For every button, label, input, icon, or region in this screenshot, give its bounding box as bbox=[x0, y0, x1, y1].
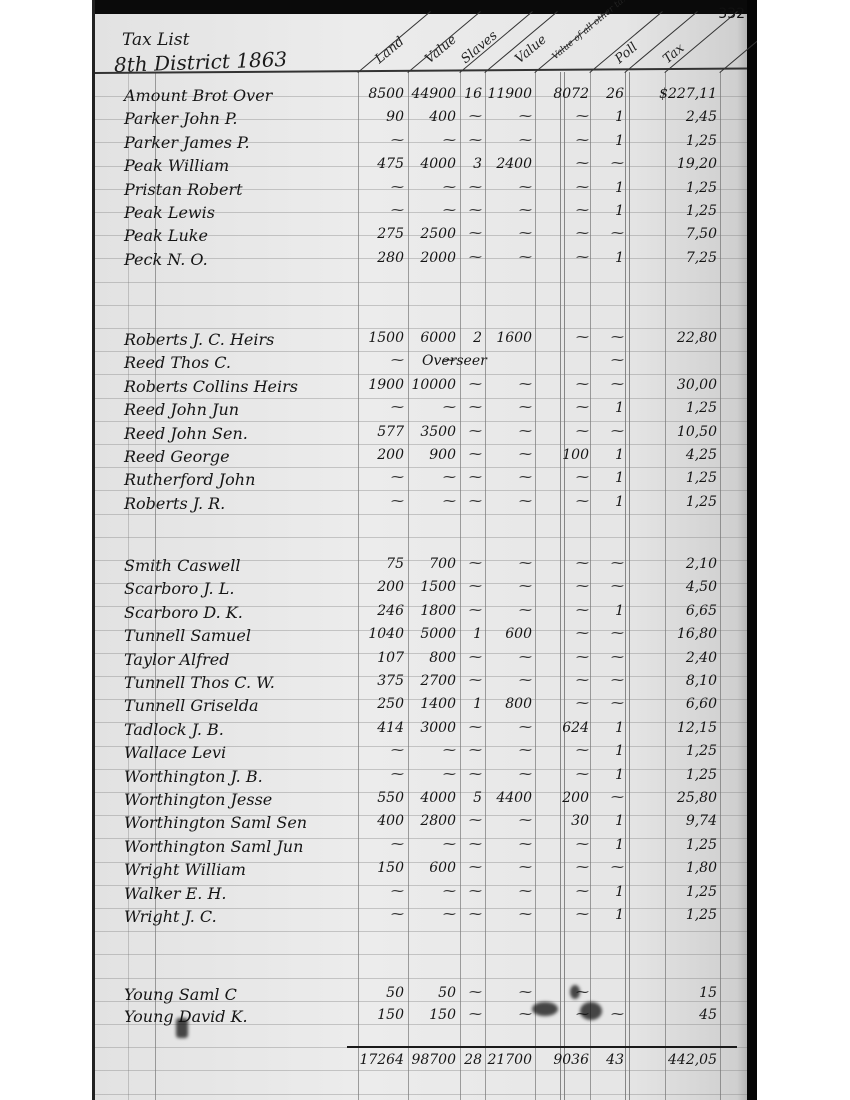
cell-tax: 12,15 bbox=[677, 720, 717, 736]
cell-land-value: 44900 bbox=[411, 86, 456, 102]
ledger-row: Wallace Levi⁓⁓⁓⁓⁓11,25 bbox=[92, 743, 757, 767]
cell-other-value: ⁓ bbox=[576, 743, 589, 758]
row-rule bbox=[95, 1094, 747, 1095]
page-number: 332 bbox=[718, 6, 745, 22]
cell-slave-value: ⁓ bbox=[519, 133, 532, 148]
ledger-row: Parker John P.90400⁓⁓⁓12,45 bbox=[92, 109, 757, 133]
cell-slaves: ⁓ bbox=[469, 813, 482, 828]
cell-other-value: 30 bbox=[571, 813, 589, 829]
cell-slave-value: 2400 bbox=[496, 156, 532, 172]
cell-slaves: ⁓ bbox=[469, 767, 482, 782]
cell-slaves: ⁓ bbox=[469, 133, 482, 148]
totals-rule bbox=[347, 1046, 737, 1048]
ledger-row: Worthington Saml Jun⁓⁓⁓⁓⁓11,25 bbox=[92, 837, 757, 861]
cell-slave-value: 1600 bbox=[496, 330, 532, 346]
cell-land: 107 bbox=[377, 650, 404, 666]
cell-other-value: 624 bbox=[562, 720, 589, 736]
cell-tax: $227,11 bbox=[659, 86, 717, 102]
total-land: 17264 bbox=[359, 1052, 404, 1068]
cell-slave-value: 11900 bbox=[487, 86, 532, 102]
title-tax-list: Tax List bbox=[122, 30, 189, 50]
ledger-row: Peak William475400032400⁓⁓19,20 bbox=[92, 156, 757, 180]
taxpayer-name: Walker E. H. bbox=[124, 884, 227, 903]
cell-slaves: ⁓ bbox=[469, 884, 482, 899]
cell-tax: 6,65 bbox=[686, 603, 717, 619]
cell-land: ⁓ bbox=[391, 133, 404, 148]
cell-land: ⁓ bbox=[391, 837, 404, 852]
cell-slave-value: ⁓ bbox=[519, 907, 532, 922]
cell-other-value: ⁓ bbox=[576, 673, 589, 688]
cell-poll: 1 bbox=[615, 720, 624, 736]
cell-slave-value: ⁓ bbox=[519, 203, 532, 218]
cell-land-value: ⁓ bbox=[443, 884, 456, 899]
total-land-value: 98700 bbox=[411, 1052, 456, 1068]
cell-slaves: ⁓ bbox=[469, 743, 482, 758]
cell-poll: ⁓ bbox=[611, 673, 624, 688]
cell-tax: 7,50 bbox=[686, 226, 717, 242]
column-header: Value bbox=[512, 32, 549, 67]
cell-other-value: ⁓ bbox=[576, 579, 589, 594]
cell-land: ⁓ bbox=[391, 767, 404, 782]
cell-land-value: ⁓ bbox=[443, 400, 456, 415]
cell-slaves: ⁓ bbox=[469, 226, 482, 241]
cell-land: 150 bbox=[377, 1007, 404, 1023]
taxpayer-name: Peak William bbox=[124, 156, 229, 175]
cell-slave-value: ⁓ bbox=[519, 180, 532, 195]
cell-land: 75 bbox=[386, 556, 404, 572]
ledger-row: Walker E. H.⁓⁓⁓⁓⁓11,25 bbox=[92, 884, 757, 908]
cell-other-value: ⁓ bbox=[576, 650, 589, 665]
cell-slaves: 16 bbox=[464, 86, 482, 102]
cell-poll: ⁓ bbox=[611, 1007, 624, 1022]
cell-slaves: ⁓ bbox=[469, 203, 482, 218]
scan-top-border bbox=[92, 0, 757, 14]
cell-land-value: ⁓ bbox=[443, 743, 456, 758]
cell-land-value: 3000 bbox=[420, 720, 456, 736]
cell-land: ⁓ bbox=[391, 400, 404, 415]
ledger-row: Wright William150600⁓⁓⁓⁓1,80 bbox=[92, 860, 757, 884]
cell-tax: 15 bbox=[699, 985, 717, 1001]
cell-tax: 1,25 bbox=[686, 837, 717, 853]
cell-land-value: 400 bbox=[429, 109, 456, 125]
ink-blot bbox=[570, 985, 580, 999]
cell-land-value: 4000 bbox=[420, 156, 456, 172]
cell-slaves: ⁓ bbox=[469, 837, 482, 852]
cell-poll: ⁓ bbox=[611, 226, 624, 241]
cell-slaves: ⁓ bbox=[469, 985, 482, 1000]
cell-slave-value: ⁓ bbox=[519, 767, 532, 782]
cell-land: 280 bbox=[377, 250, 404, 266]
ledger-row: Roberts J. C. Heirs1500600021600⁓⁓22,80 bbox=[92, 330, 757, 354]
cell-tax: 10,50 bbox=[677, 424, 717, 440]
column-header: Tax bbox=[660, 41, 687, 67]
cell-land-value: 10000 bbox=[411, 377, 456, 393]
cell-tax: 4,50 bbox=[686, 579, 717, 595]
cell-slaves: 5 bbox=[473, 790, 482, 806]
cell-other-value: ⁓ bbox=[576, 377, 589, 392]
cell-tax: 1,80 bbox=[686, 860, 717, 876]
cell-land: 8500 bbox=[368, 86, 404, 102]
cell-other-value: ⁓ bbox=[576, 133, 589, 148]
cell-poll: 1 bbox=[615, 133, 624, 149]
cell-slaves: ⁓ bbox=[469, 447, 482, 462]
cell-poll: 1 bbox=[615, 494, 624, 510]
cell-land: ⁓ bbox=[391, 907, 404, 922]
cell-other-value: ⁓ bbox=[576, 837, 589, 852]
taxpayer-name: Wright J. C. bbox=[124, 907, 217, 926]
cell-poll: ⁓ bbox=[611, 330, 624, 345]
cell-other-value: ⁓ bbox=[576, 180, 589, 195]
cell-slaves: Overseer bbox=[422, 353, 487, 369]
cell-poll: 1 bbox=[615, 109, 624, 125]
cell-poll: 1 bbox=[615, 767, 624, 783]
cell-land: 250 bbox=[377, 696, 404, 712]
total-tax: 442,05 bbox=[668, 1052, 717, 1068]
taxpayer-name: Scarboro J. L. bbox=[124, 579, 234, 598]
cell-tax: 4,25 bbox=[686, 447, 717, 463]
cell-slaves: ⁓ bbox=[469, 907, 482, 922]
total-other-value: 9036 bbox=[553, 1052, 589, 1068]
cell-other-value: ⁓ bbox=[576, 626, 589, 641]
cell-land-value: 150 bbox=[429, 1007, 456, 1023]
cell-slave-value: ⁓ bbox=[519, 603, 532, 618]
cell-slave-value: ⁓ bbox=[519, 884, 532, 899]
cell-poll: ⁓ bbox=[611, 650, 624, 665]
cell-land-value: 2700 bbox=[420, 673, 456, 689]
cell-tax: 30,00 bbox=[677, 377, 717, 393]
cell-other-value: 8072 bbox=[553, 86, 589, 102]
cell-slave-value: ⁓ bbox=[519, 424, 532, 439]
ink-blot bbox=[176, 1018, 188, 1038]
column-header: Slaves bbox=[458, 28, 500, 67]
cell-land-value: 5000 bbox=[420, 626, 456, 642]
cell-slave-value: ⁓ bbox=[519, 447, 532, 462]
taxpayer-name: Roberts Collins Heirs bbox=[124, 377, 298, 396]
ledger-row: Smith Caswell75700⁓⁓⁓⁓2,10 bbox=[92, 556, 757, 580]
ledger-row: Amount Brot Over8500449001611900807226$2… bbox=[92, 86, 757, 110]
cell-slaves: ⁓ bbox=[469, 650, 482, 665]
row-rule bbox=[95, 978, 747, 979]
taxpayer-name: Wright William bbox=[124, 860, 246, 879]
ledger-row: Rutherford John⁓⁓⁓⁓⁓11,25 bbox=[92, 470, 757, 494]
cell-slave-value: ⁓ bbox=[519, 813, 532, 828]
cell-slaves: 1 bbox=[473, 626, 482, 642]
cell-land-value: ⁓ bbox=[443, 203, 456, 218]
cell-land-value: 2000 bbox=[420, 250, 456, 266]
cell-tax: 6,60 bbox=[686, 696, 717, 712]
cell-other-value: ⁓ bbox=[576, 156, 589, 171]
cell-poll: 1 bbox=[615, 907, 624, 923]
ledger-row: Worthington Jesse550400054400200⁓25,80 bbox=[92, 790, 757, 814]
cell-land: 1900 bbox=[368, 377, 404, 393]
cell-land: ⁓ bbox=[391, 494, 404, 509]
cell-tax: 1,25 bbox=[686, 494, 717, 510]
cell-land-value: 4000 bbox=[420, 790, 456, 806]
cell-poll: ⁓ bbox=[611, 556, 624, 571]
ink-blot bbox=[532, 1002, 558, 1016]
taxpayer-name: Smith Caswell bbox=[124, 556, 240, 575]
taxpayer-name: Tunnell Samuel bbox=[124, 626, 251, 645]
cell-slave-value: ⁓ bbox=[519, 673, 532, 688]
cell-other-value: ⁓ bbox=[576, 470, 589, 485]
cell-land: ⁓ bbox=[391, 470, 404, 485]
taxpayer-name: Roberts J. C. Heirs bbox=[124, 330, 274, 349]
taxpayer-name: Peak Luke bbox=[124, 226, 208, 245]
ledger-row: Parker James P.⁓⁓⁓⁓⁓11,25 bbox=[92, 133, 757, 157]
cell-poll: 1 bbox=[615, 250, 624, 266]
cell-other-value: ⁓ bbox=[576, 696, 589, 711]
cell-slave-value: ⁓ bbox=[519, 837, 532, 852]
cell-land-value: 3500 bbox=[420, 424, 456, 440]
cell-other-value: ⁓ bbox=[576, 109, 589, 124]
cell-slave-value: ⁓ bbox=[519, 470, 532, 485]
ledger-row: Tunnell Griselda25014001800⁓⁓6,60 bbox=[92, 696, 757, 720]
cell-land-value: 1800 bbox=[420, 603, 456, 619]
totals-line: 17264987002821700903643442,05 bbox=[92, 1052, 757, 1076]
ledger-row: Taylor Alfred107800⁓⁓⁓⁓2,40 bbox=[92, 650, 757, 674]
cell-tax: 9,74 bbox=[686, 813, 717, 829]
cell-other-value: ⁓ bbox=[576, 907, 589, 922]
cell-poll: 1 bbox=[615, 603, 624, 619]
cell-tax: 25,80 bbox=[677, 790, 717, 806]
taxpayer-name: Pristan Robert bbox=[124, 180, 243, 199]
cell-other-value: ⁓ bbox=[576, 400, 589, 415]
cell-slave-value: ⁓ bbox=[519, 860, 532, 875]
cell-land: 375 bbox=[377, 673, 404, 689]
cell-land: 150 bbox=[377, 860, 404, 876]
cell-land: 200 bbox=[377, 447, 404, 463]
ledger-row: Roberts J. R.⁓⁓⁓⁓⁓11,25 bbox=[92, 494, 757, 518]
taxpayer-name: Parker John P. bbox=[124, 109, 237, 128]
cell-slaves: ⁓ bbox=[469, 1007, 482, 1022]
cell-slave-value: ⁓ bbox=[519, 494, 532, 509]
cell-slaves: ⁓ bbox=[469, 494, 482, 509]
cell-poll: ⁓ bbox=[611, 696, 624, 711]
cell-tax: 1,25 bbox=[686, 203, 717, 219]
cell-slaves: ⁓ bbox=[469, 579, 482, 594]
cell-poll: 1 bbox=[615, 400, 624, 416]
cell-poll: ⁓ bbox=[611, 156, 624, 171]
cell-poll: 1 bbox=[615, 203, 624, 219]
cell-tax: 1,25 bbox=[686, 907, 717, 923]
ledger-row: Pristan Robert⁓⁓⁓⁓⁓11,25 bbox=[92, 180, 757, 204]
cell-poll: ⁓ bbox=[611, 860, 624, 875]
cell-poll: 26 bbox=[606, 86, 624, 102]
cell-slaves: ⁓ bbox=[469, 377, 482, 392]
cell-land-value: ⁓ bbox=[443, 767, 456, 782]
cell-tax: 2,45 bbox=[686, 109, 717, 125]
ledger-row: Tunnell Samuel104050001600⁓⁓16,80 bbox=[92, 626, 757, 650]
taxpayer-name: Rutherford John bbox=[124, 470, 255, 489]
cell-tax: 1,25 bbox=[686, 767, 717, 783]
row-rule bbox=[95, 954, 747, 955]
taxpayer-name: Reed John Jun bbox=[124, 400, 239, 419]
cell-poll: 1 bbox=[615, 180, 624, 196]
cell-land: 414 bbox=[377, 720, 404, 736]
cell-slaves: ⁓ bbox=[469, 180, 482, 195]
taxpayer-name: Parker James P. bbox=[124, 133, 250, 152]
ledger-row: Peak Luke2752500⁓⁓⁓⁓7,50 bbox=[92, 226, 757, 250]
cell-slaves: ⁓ bbox=[469, 673, 482, 688]
cell-land: 1500 bbox=[368, 330, 404, 346]
cell-slaves: 2 bbox=[473, 330, 482, 346]
cell-tax: 1,25 bbox=[686, 180, 717, 196]
cell-poll: ⁓ bbox=[611, 353, 624, 368]
cell-slave-value: ⁓ bbox=[519, 579, 532, 594]
ledger-row: Reed John Jun⁓⁓⁓⁓⁓11,25 bbox=[92, 400, 757, 424]
row-rule bbox=[95, 328, 747, 329]
cell-other-value: ⁓ bbox=[576, 203, 589, 218]
cell-slaves: 1 bbox=[473, 696, 482, 712]
cell-land-value: 900 bbox=[429, 447, 456, 463]
taxpayer-name: Worthington Saml Sen bbox=[124, 813, 307, 832]
cell-slaves: ⁓ bbox=[469, 400, 482, 415]
cell-tax: 1,25 bbox=[686, 743, 717, 759]
cell-other-value: ⁓ bbox=[576, 884, 589, 899]
taxpayer-name: Taylor Alfred bbox=[124, 650, 229, 669]
cell-slaves: 3 bbox=[473, 156, 482, 172]
cell-tax: 1,25 bbox=[686, 133, 717, 149]
cell-slave-value: 800 bbox=[505, 696, 532, 712]
taxpayer-name: Tunnell Thos C. W. bbox=[124, 673, 275, 692]
cell-poll: ⁓ bbox=[611, 579, 624, 594]
cell-land-value: 50 bbox=[438, 985, 456, 1001]
cell-slave-value: ⁓ bbox=[519, 109, 532, 124]
cell-other-value: ⁓ bbox=[576, 860, 589, 875]
cell-tax: 22,80 bbox=[677, 330, 717, 346]
total-slave-value: 21700 bbox=[487, 1052, 532, 1068]
cell-other-value: 200 bbox=[562, 790, 589, 806]
taxpayer-name: Reed George bbox=[124, 447, 230, 466]
cell-poll: 1 bbox=[615, 743, 624, 759]
ledger-row: Reed Thos C.⁓⁓Overseer⁓ bbox=[92, 353, 757, 377]
cell-land: 275 bbox=[377, 226, 404, 242]
ledger-page: 332 Tax List 8th District 1863 LandValue… bbox=[92, 0, 757, 1100]
cell-slave-value: 600 bbox=[505, 626, 532, 642]
ledger-row: Young David K.150150⁓⁓⁓⁓45 bbox=[92, 1007, 757, 1031]
cell-tax: 2,10 bbox=[686, 556, 717, 572]
cell-slaves: ⁓ bbox=[469, 424, 482, 439]
row-rule bbox=[95, 282, 747, 283]
cell-other-value: ⁓ bbox=[576, 494, 589, 509]
cell-land-value: ⁓ bbox=[443, 494, 456, 509]
cell-land: ⁓ bbox=[391, 203, 404, 218]
cell-slave-value: ⁓ bbox=[519, 400, 532, 415]
cell-slave-value: ⁓ bbox=[519, 720, 532, 735]
cell-land: 200 bbox=[377, 579, 404, 595]
taxpayer-name: Reed John Sen. bbox=[124, 424, 248, 443]
ledger-row: Scarboro D. K.2461800⁓⁓⁓16,65 bbox=[92, 603, 757, 627]
ledger-row: Wright J. C.⁓⁓⁓⁓⁓11,25 bbox=[92, 907, 757, 931]
cell-poll: 1 bbox=[615, 470, 624, 486]
cell-slave-value: ⁓ bbox=[519, 377, 532, 392]
cell-other-value: ⁓ bbox=[576, 424, 589, 439]
ledger-row: Peck N. O.2802000⁓⁓⁓17,25 bbox=[92, 250, 757, 274]
cell-slaves: ⁓ bbox=[469, 250, 482, 265]
cell-poll: ⁓ bbox=[611, 377, 624, 392]
cell-land-value: 2800 bbox=[420, 813, 456, 829]
row-rule bbox=[95, 931, 747, 932]
row-rule bbox=[95, 537, 747, 538]
cell-poll: ⁓ bbox=[611, 626, 624, 641]
cell-slaves: ⁓ bbox=[469, 109, 482, 124]
cell-land-value: 800 bbox=[429, 650, 456, 666]
cell-poll: 1 bbox=[615, 813, 624, 829]
cell-land-value: ⁓ bbox=[443, 837, 456, 852]
cell-slave-value: ⁓ bbox=[519, 250, 532, 265]
cell-slave-value: ⁓ bbox=[519, 743, 532, 758]
cell-land-value: 6000 bbox=[420, 330, 456, 346]
taxpayer-name: Tunnell Griselda bbox=[124, 696, 259, 715]
cell-land-value: 1500 bbox=[420, 579, 456, 595]
cell-land-value: ⁓ bbox=[443, 180, 456, 195]
cell-land-value: ⁓ bbox=[443, 907, 456, 922]
cell-slaves: ⁓ bbox=[469, 860, 482, 875]
cell-land-value: 600 bbox=[429, 860, 456, 876]
cell-slave-value: ⁓ bbox=[519, 226, 532, 241]
ledger-row: Scarboro J. L.2001500⁓⁓⁓⁓4,50 bbox=[92, 579, 757, 603]
cell-other-value: ⁓ bbox=[576, 226, 589, 241]
cell-land: 90 bbox=[386, 109, 404, 125]
ink-blot bbox=[580, 1002, 602, 1020]
cell-poll: 1 bbox=[615, 837, 624, 853]
cell-poll: 1 bbox=[615, 884, 624, 900]
cell-slave-value: ⁓ bbox=[519, 556, 532, 571]
cell-other-value: ⁓ bbox=[576, 330, 589, 345]
cell-tax: 8,10 bbox=[686, 673, 717, 689]
taxpayer-name: Roberts J. R. bbox=[124, 494, 225, 513]
taxpayer-name: Peck N. O. bbox=[124, 250, 208, 269]
cell-tax: 16,80 bbox=[677, 626, 717, 642]
cell-poll: ⁓ bbox=[611, 424, 624, 439]
taxpayer-name: Tadlock J. B. bbox=[124, 720, 224, 739]
cell-slave-value: ⁓ bbox=[519, 1007, 532, 1022]
cell-slaves: ⁓ bbox=[469, 603, 482, 618]
cell-land: 550 bbox=[377, 790, 404, 806]
ledger-row: Tunnell Thos C. W.3752700⁓⁓⁓⁓8,10 bbox=[92, 673, 757, 697]
cell-tax: 1,25 bbox=[686, 400, 717, 416]
cell-tax: 45 bbox=[699, 1007, 717, 1023]
cell-land: ⁓ bbox=[391, 884, 404, 899]
cell-other-value: ⁓ bbox=[576, 767, 589, 782]
cell-land: ⁓ bbox=[391, 180, 404, 195]
ledger-row: Worthington Saml Sen4002800⁓⁓3019,74 bbox=[92, 813, 757, 837]
cell-land-value: ⁓ bbox=[443, 470, 456, 485]
cell-land-value: 700 bbox=[429, 556, 456, 572]
taxpayer-name: Peak Lewis bbox=[124, 203, 215, 222]
cell-land: 246 bbox=[377, 603, 404, 619]
cell-land: ⁓ bbox=[391, 353, 404, 368]
ledger-row: Reed George200900⁓⁓10014,25 bbox=[92, 447, 757, 471]
cell-slaves: ⁓ bbox=[469, 556, 482, 571]
taxpayer-name: Scarboro D. K. bbox=[124, 603, 243, 622]
cell-land-value: 1400 bbox=[420, 696, 456, 712]
row-rule bbox=[95, 305, 747, 306]
column-header: Value bbox=[422, 32, 459, 67]
taxpayer-name: Worthington J. B. bbox=[124, 767, 263, 786]
cell-other-value: ⁓ bbox=[576, 556, 589, 571]
cell-tax: 1,25 bbox=[686, 470, 717, 486]
column-header: Land bbox=[372, 34, 407, 67]
cell-land: 50 bbox=[386, 985, 404, 1001]
cell-land: 400 bbox=[377, 813, 404, 829]
header-diagonal bbox=[624, 11, 697, 73]
ledger-row: Worthington J. B.⁓⁓⁓⁓⁓11,25 bbox=[92, 767, 757, 791]
taxpayer-name: Worthington Saml Jun bbox=[124, 837, 303, 856]
cell-land: 577 bbox=[377, 424, 404, 440]
cell-land: ⁓ bbox=[391, 743, 404, 758]
taxpayer-name: Amount Brot Over bbox=[124, 86, 272, 105]
